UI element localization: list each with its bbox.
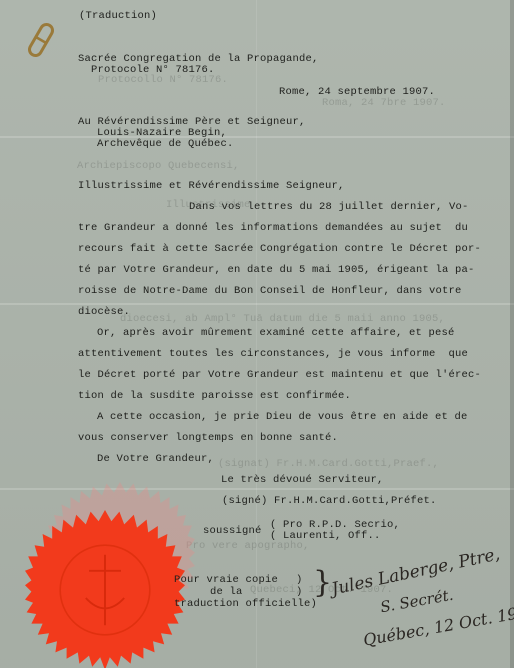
paperclip-icon [26,20,56,60]
certification-bracket: ) [296,574,303,586]
certification-line: de la [210,586,243,598]
body-line: recours fait à cette Sacrée Congrégation… [78,243,481,255]
bleed-through-text: Roma, 24 7bre 1907. [322,97,446,109]
body-line: vous conserver longtemps en bonne santé. [78,432,338,444]
bleed-through-text: (signat) Fr.H.M.Card.Gotti,Praef., [218,458,439,470]
certification-line: Pour vraie copie [174,574,278,586]
salutation: Illustrissime et Révérendissime Seigneur… [78,180,345,192]
body-line: tre Grandeur a donné les informations de… [78,222,468,234]
body-line: attentivement toutes les circonstances, … [78,348,468,360]
paper-edge [510,0,514,668]
body-line: tion de la susdite paroisse est confirmé… [78,390,351,402]
recipient-title: Archevêque de Québec. [97,138,234,150]
paper-fold [0,136,514,138]
paper-fold [0,303,514,305]
body-line: le Décret porté par Votre Grandeur est m… [78,369,481,381]
bleed-through-text: dioecesi, ab Ampl° Tuā datum die 5 maii … [120,313,445,325]
translation-label: (Traduction) [79,10,157,22]
body-line: diocèse. [78,306,130,318]
certification-bracket: ) [296,586,303,598]
handwritten-brace: } [313,568,332,598]
body-line: Dans vos lettres du 28 juillet dernier, … [189,201,469,213]
signed-line: (signé) Fr.H.M.Card.Gotti,Préfet. [222,495,437,507]
certification-line: traduction officielle) [174,598,317,610]
closing-servant: Le très dévoué Serviteur, [221,474,384,486]
body-line: roisse de Notre-Dame du Bon Conseil de H… [78,285,462,297]
bleed-through-text: Archiepiscopo Quebecensi, [77,160,240,172]
closing: De Votre Grandeur, [97,453,214,465]
undersigned-line: ( Laurenti, Off.. [270,530,381,542]
body-line: Or, après avoir mûrement examiné cette a… [97,327,455,339]
place-date: Rome, 24 septembre 1907. [279,86,435,98]
red-wax-seal-icon [25,510,185,668]
undersigned-label: soussigné [203,525,262,537]
body-line: té par Votre Grandeur, en date du 5 mai … [78,264,475,276]
sender-protocol: Protocole N° 78176. [91,64,215,76]
body-line: A cette occasion, je prie Dieu de vous ê… [97,411,468,423]
letter-page: Protocollo N° 78176. Roma, 24 7bre 1907.… [0,0,514,668]
